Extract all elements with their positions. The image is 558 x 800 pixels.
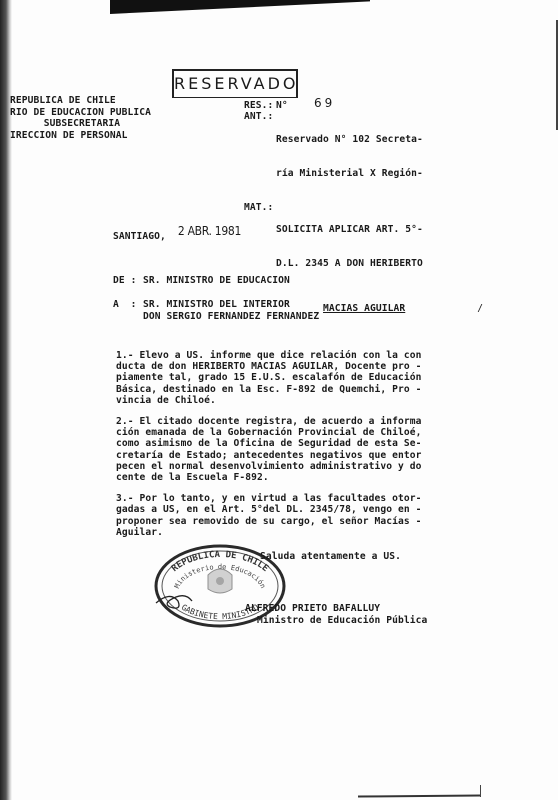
- body-line: 3.- Por lo tanto, y en virtud a las facu…: [116, 493, 461, 504]
- body-line: cretaría de Estado; antecedentes negativ…: [116, 450, 461, 461]
- scan-top-artifact: [110, 0, 370, 14]
- res-value: N°: [276, 100, 288, 111]
- sender-line: REPUBLICA DE CHILE: [10, 95, 151, 107]
- coat-of-arms-icon: [208, 569, 232, 593]
- body-line: vincia de Chiloé.: [116, 395, 461, 406]
- mat-end-mark: /: [477, 303, 483, 314]
- mat-line: D.L. 2345 A DON HERIBERTO: [276, 258, 483, 269]
- scan-bottom-corner: [480, 785, 481, 797]
- mat-line: SOLICITA APLICAR ART. 5°-: [276, 224, 483, 235]
- signatory-name: ALFREDO PRIETO BAFALLUY: [245, 603, 427, 615]
- body-line: ción emanada de la Gobernación Provincia…: [116, 427, 461, 438]
- body-line: como asimismo de la Oficina de Seguridad…: [116, 438, 461, 449]
- letter-body: 1.- Elevo a US. informe que dice relació…: [116, 350, 461, 548]
- sender-line: RIO DE EDUCACION PUBLICA: [10, 107, 151, 119]
- body-line: Aguilar.: [116, 527, 461, 538]
- ant-line: ría Ministerial X Región-: [276, 168, 423, 179]
- signatory-title: Ministro de Educación Pública: [245, 615, 427, 627]
- to-label: A :: [113, 299, 143, 323]
- paragraph-1: 1.- Elevo a US. informe que dice relació…: [116, 350, 461, 406]
- body-line: Básica, destinado en la Esc. F-892 de Qu…: [116, 384, 461, 395]
- mat-line-underlined: MACIAS AGUILAR: [323, 303, 477, 314]
- ant-label: ANT.:: [244, 111, 276, 201]
- place: SANTIAGO,: [113, 231, 166, 242]
- body-line: 2.- El citado docente registra, de acuer…: [116, 416, 461, 427]
- body-line: gadas a US, en el Art. 5°del DL. 2345/78…: [116, 504, 461, 515]
- sender-line: IRECCION DE PERSONAL: [10, 130, 151, 142]
- classification-stamp: RESERVADO: [172, 69, 298, 98]
- closing-line: Saluda atentamente a US.: [260, 551, 401, 562]
- body-line: proponer sea removido de su cargo, el se…: [116, 516, 461, 527]
- paragraph-3: 3.- Por lo tanto, y en virtud a las facu…: [116, 493, 461, 538]
- res-label: RES.:: [244, 100, 276, 111]
- body-line: piamente tal, grado 15 E.U.S. escalafón …: [116, 372, 461, 383]
- scan-bottom-artifact: [358, 794, 480, 797]
- body-line: 1.- Elevo a US. informe que dice relació…: [116, 350, 461, 361]
- to-line: DON SERGIO FERNANDEZ FERNANDEZ: [143, 311, 319, 323]
- address-block: DE : SR. MINISTRO DE EDUCACION A : SR. M…: [113, 275, 319, 331]
- ant-line: Reservado N° 102 Secreta-: [276, 134, 423, 145]
- from-value: SR. MINISTRO DE EDUCACION: [143, 275, 290, 287]
- sender-line: SUBSECRETARIA: [10, 118, 151, 130]
- to-line: SR. MINISTRO DEL INTERIOR: [143, 299, 319, 311]
- signature-block: ALFREDO PRIETO BAFALLUY Ministro de Educ…: [245, 603, 427, 626]
- date-stamp: 2 ABR. 1981: [178, 224, 241, 238]
- sender-header: REPUBLICA DE CHILE RIO DE EDUCACION PUBL…: [10, 95, 151, 141]
- paragraph-2: 2.- El citado docente registra, de acuer…: [116, 416, 461, 483]
- body-line: ducta de don HERIBERTO MACIAS AGUILAR, D…: [116, 361, 461, 372]
- body-line: cente de la Escuela F-892.: [116, 472, 461, 483]
- from-label: DE :: [113, 275, 143, 287]
- body-line: pecen el normal desenvolvimiento adminis…: [116, 461, 461, 472]
- place-date: SANTIAGO, 2 ABR. 1981: [113, 228, 241, 242]
